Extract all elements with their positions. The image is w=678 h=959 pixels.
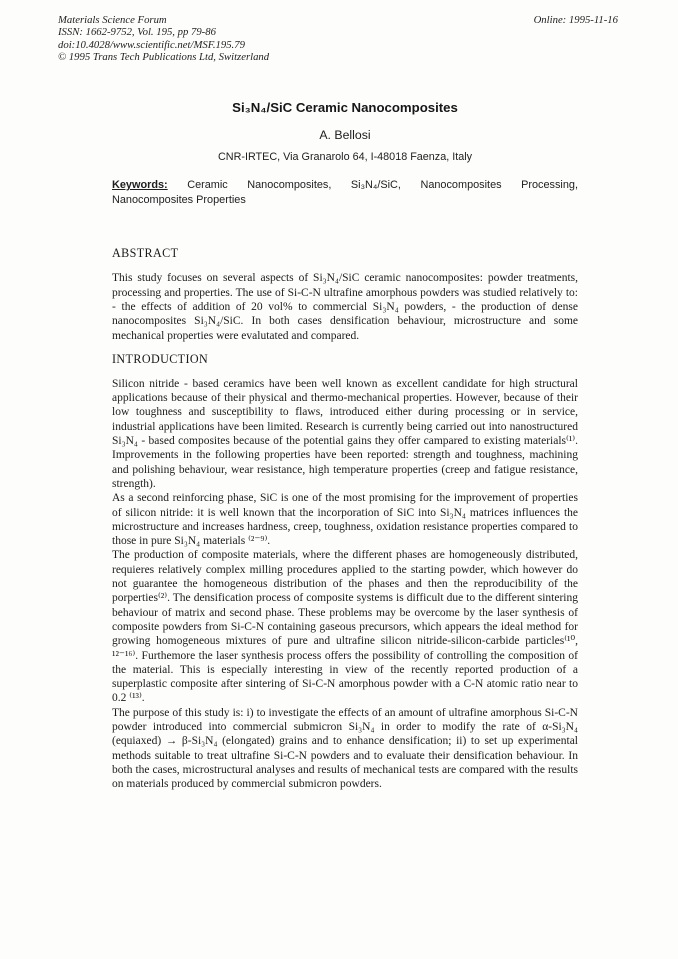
introduction-section: INTRODUCTION Silicon nitride - based cer… [112, 352, 578, 792]
abstract-body: This study focuses on several aspects of… [112, 271, 578, 342]
introduction-heading: INTRODUCTION [112, 352, 578, 366]
author-affiliation: CNR-IRTEC, Via Granarolo 64, I-48018 Fae… [112, 151, 578, 164]
copyright-line: © 1995 Trans Tech Publications Ltd, Swit… [58, 51, 269, 63]
publication-info: Materials Science Forum ISSN: 1662-9752,… [58, 14, 269, 63]
keywords-line: Keywords: Ceramic Nanocomposites, Si₃N₄/… [112, 178, 578, 207]
journal-page: Materials Science Forum ISSN: 1662-9752,… [0, 0, 678, 959]
paper-title: Si₃N₄/SiC Ceramic Nanocomposites [112, 100, 578, 116]
author-name: A. Bellosi [112, 128, 578, 142]
intro-paragraph: As a second reinforcing phase, SiC is on… [112, 491, 578, 548]
content-column: Si₃N₄/SiC Ceramic Nanocomposites A. Bell… [112, 100, 578, 791]
journal-name: Materials Science Forum [58, 14, 269, 26]
intro-paragraph: The production of composite materials, w… [112, 548, 578, 705]
online-date: Online: 1995-11-16 [534, 14, 618, 26]
doi-line: doi:10.4028/www.scientific.net/MSF.195.7… [58, 39, 269, 51]
intro-paragraph: The purpose of this study is: i) to inve… [112, 706, 578, 792]
keywords-spacer [168, 179, 188, 191]
title-block: Si₃N₄/SiC Ceramic Nanocomposites A. Bell… [112, 100, 578, 207]
abstract-heading: ABSTRACT [112, 246, 578, 260]
page-header: Materials Science Forum ISSN: 1662-9752,… [0, 0, 678, 63]
abstract-section: ABSTRACT This study focuses on several a… [112, 246, 578, 342]
intro-paragraph: Silicon nitride - based ceramics have be… [112, 377, 578, 491]
keywords-label: Keywords: [112, 179, 168, 191]
issn-volume-line: ISSN: 1662-9752, Vol. 195, pp 79-86 [58, 26, 269, 38]
